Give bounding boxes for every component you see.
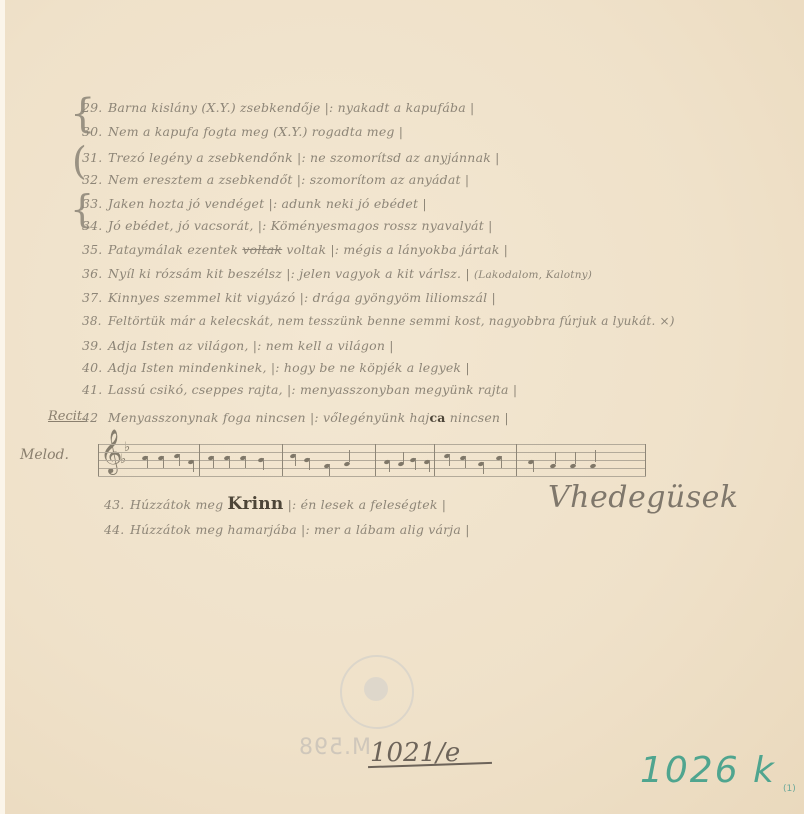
- verse-text-after: voltak |: mégis a lányokba jártak |: [286, 242, 508, 257]
- verse-text-after: |: én lesek a feleségtek |: [283, 497, 446, 512]
- verse-text: Lassú csikó, cseppes rajta, |: menyasszo…: [108, 382, 517, 397]
- verse-text: Pataymálak ezentek: [108, 242, 238, 257]
- verse-text: Húzzátok meg hamarjába |: mer a lábam al…: [130, 522, 470, 537]
- verse-number: 40.: [82, 360, 108, 375]
- verse-line: 34.Jó ebédet, jó vacsorát, |: Köményesma…: [82, 218, 493, 233]
- verse-line: 31.Trezó legény a zsebkendőnk |: ne szom…: [82, 150, 500, 165]
- verse-number: 42: [82, 410, 108, 425]
- verse-line: 30.Nem a kapufa fogta meg (X.Y.) rogadta…: [82, 124, 403, 139]
- verse-line: 43.Húzzátok meg Krinn |: én lesek a fele…: [104, 494, 446, 514]
- place-annotation: (Lakodalom, Kalotny): [474, 269, 592, 281]
- verse-number: 38.: [82, 314, 108, 328]
- ghost-number: M.598: [298, 735, 371, 760]
- verse-text: Trezó legény a zsebkendőnk |: ne szomorí…: [108, 150, 500, 165]
- verse-number: 39.: [82, 338, 108, 353]
- verse-text: Jaken hozta jó vendéget |: adunk neki jó…: [108, 196, 427, 211]
- verse-text: Nem a kapufa fogta meg (X.Y.) rogadta me…: [108, 124, 403, 139]
- verse-text: Kinnyes szemmel kit vigyázó |: drága gyö…: [108, 290, 496, 305]
- verse-line: 41.Lassú csikó, cseppes rajta, |: menyas…: [82, 382, 517, 397]
- verse-text: Húzzátok meg: [130, 497, 223, 512]
- library-stamp: [340, 655, 414, 729]
- recitation-line: 42Menyasszonynak foga nincsen |: vőlegén…: [82, 410, 509, 425]
- verse-line: 44.Húzzátok meg hamarjába |: mer a lábam…: [104, 522, 470, 537]
- verse-text: Jó ebédet, jó vacsorát, |: Köményesmagos…: [108, 218, 493, 233]
- ink-correction: Krinn: [228, 494, 284, 514]
- verse-number: 29.: [82, 100, 108, 115]
- struck-word: voltak: [242, 242, 282, 257]
- verse-line: 37.Kinnyes szemmel kit vigyázó |: drága …: [82, 290, 496, 305]
- verse-number: 32.: [82, 172, 108, 187]
- verse-text: Adja Isten mindenkinek, |: hogy be ne kö…: [108, 360, 470, 375]
- verse-text: Menyasszonynak foga nincsen |: vőlegényü…: [108, 410, 430, 425]
- recit-label: Recit.: [48, 409, 86, 424]
- verse-line: 32.Nem eresztem a zsebkendőt |: szomorít…: [82, 172, 469, 187]
- verse-number: 37.: [82, 290, 108, 305]
- verse-line: 36.Nyíl ki rózsám kit beszélsz |: jelen …: [82, 266, 592, 281]
- archive-suffix: (1): [783, 784, 796, 794]
- verse-text-after: nincsen |: [446, 410, 509, 425]
- ink-correction: ca: [430, 410, 446, 425]
- place-name-note: Vhedegüsek: [548, 480, 739, 515]
- verse-text: Nem eresztem a zsebkendőt |: szomorítom …: [108, 172, 469, 187]
- archive-number: 1026 k: [640, 750, 776, 791]
- verse-text: Barna kislány (X.Y.) zsebkendője |: nyak…: [108, 100, 474, 115]
- verse-number: 41.: [82, 382, 108, 397]
- verse-text: Nyíl ki rózsám kit beszélsz |: jelen vag…: [108, 266, 470, 281]
- paper-edge: [0, 0, 5, 814]
- verse-number: 43.: [104, 497, 130, 512]
- verse-line: 33.Jaken hozta jó vendéget |: adunk neki…: [82, 196, 427, 211]
- verse-text: Feltörtük már a kelecskát, nem tesszünk …: [108, 314, 675, 328]
- melody-label: Melod.: [20, 447, 69, 463]
- verse-number: 34.: [82, 218, 108, 233]
- verse-line: 40.Adja Isten mindenkinek, |: hogy be ne…: [82, 360, 470, 375]
- verse-number: 36.: [82, 266, 108, 281]
- verse-number: 30.: [82, 124, 108, 139]
- verse-line: 38.Feltörtük már a kelecskát, nem tesszü…: [82, 314, 675, 328]
- verse-line: 39.Adja Isten az világon, |: nem kell a …: [82, 338, 394, 353]
- verse-number: 44.: [104, 522, 130, 537]
- verse-number: 31.: [82, 150, 108, 165]
- verse-text: Adja Isten az világon, |: nem kell a vil…: [108, 338, 394, 353]
- verse-line: 29.Barna kislány (X.Y.) zsebkendője |: n…: [82, 100, 474, 115]
- verse-number: 33.: [82, 196, 108, 211]
- verse-line: 35.Pataymálak ezentek voltak voltak |: m…: [82, 242, 508, 257]
- music-staff: [98, 444, 646, 476]
- verse-number: 35.: [82, 242, 108, 257]
